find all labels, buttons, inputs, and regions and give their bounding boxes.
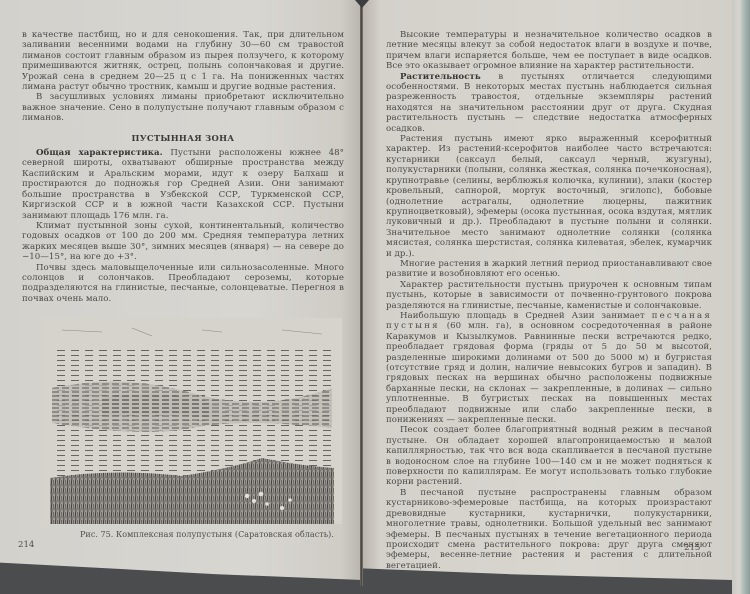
page-number-left: 214 [18, 540, 34, 550]
section-heading: ПУСТЫННАЯ ЗОНА [22, 133, 344, 143]
paragraph-climate: Климат пустынной зоны сухой, континентал… [22, 221, 344, 263]
paragraph-vegetation: Растительность в пустынях отличается сле… [386, 72, 712, 134]
book-spine [360, 0, 363, 586]
paragraph-limans-importance: В засушливых условиях лиманы приобретают… [22, 92, 344, 123]
paragraph-desert-types: Характер растительности пустынь приуроче… [386, 280, 712, 311]
paragraph-high-temperatures: Высокие температуры и незначительное кол… [386, 30, 712, 72]
paragraph-soils: Почвы здесь маловыщелоченные или сильноз… [22, 263, 344, 305]
paragraph-pastures: В песчаной пустыне распространены главны… [386, 488, 712, 571]
paragraph-xerophytes: Растения пустынь имеют ярко выраженный к… [386, 134, 712, 259]
right-page-text: Высокие температуры и незначительное кол… [386, 30, 712, 571]
open-book: в качестве пастбищ, но и для сенокошения… [0, 0, 750, 594]
figure-caption: Рис. 75. Комплексная полупустыня (Сарато… [42, 530, 342, 540]
left-page: в качестве пастбищ, но и для сенокошения… [0, 0, 362, 580]
run-in-heading: Растительность [400, 72, 481, 82]
figure-75: Рис. 75. Комплексная полупустыня (Сарато… [42, 318, 342, 524]
paragraph-sandy-desert: Наибольшую площадь в Средней Азии занима… [386, 311, 712, 425]
left-page-text: в качестве пастбищ, но и для сенокошения… [22, 30, 344, 524]
paragraph-summer-dormancy: Многие растения в жаркий летний период п… [386, 259, 712, 280]
paragraph-general-characteristics: Общая характеристика. Пустыни расположен… [22, 148, 344, 221]
page-number-right: 215 [684, 543, 700, 553]
paragraph-sand-water-regime: Песок создает более благоприятный водный… [386, 425, 712, 487]
desert-landscape-engraving-icon [42, 318, 342, 524]
book-cover-edge [732, 0, 750, 594]
run-in-heading: Общая характеристика. [36, 148, 163, 158]
paragraph-limans-hay: в качестве пастбищ, но и для сенокошения… [22, 30, 344, 92]
